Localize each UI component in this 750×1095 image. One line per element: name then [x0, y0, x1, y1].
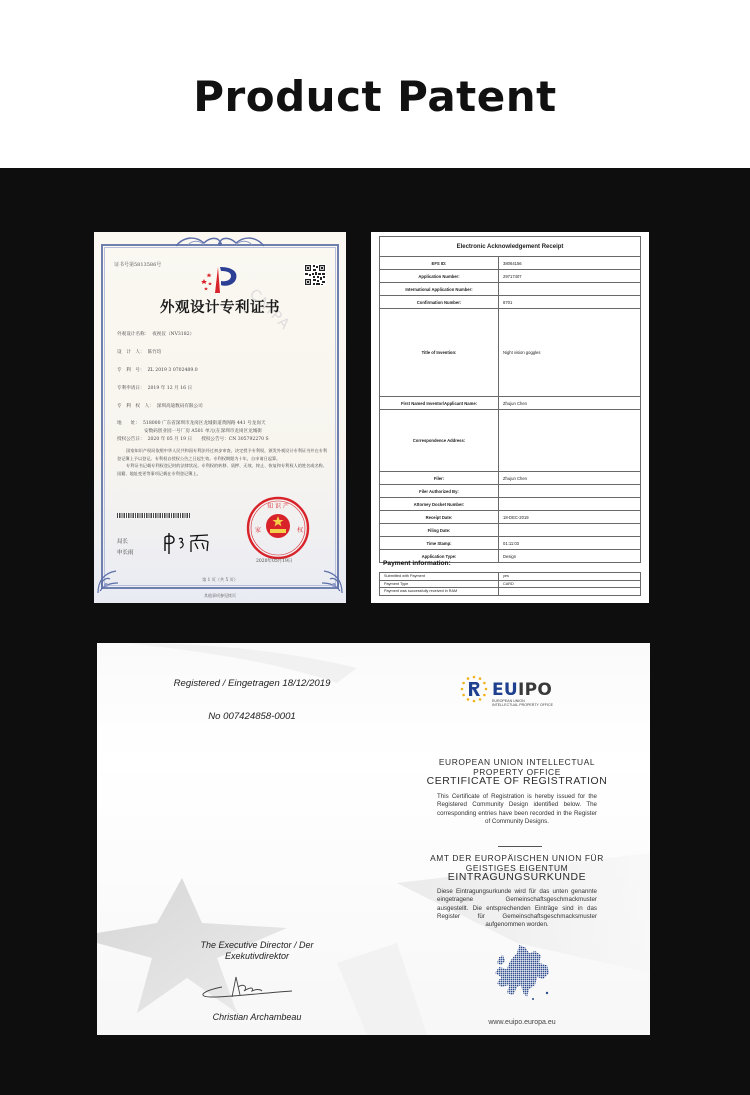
europe-map-icon — [477, 943, 567, 1003]
euipo-certificate: Registered / Eingetragen 18/12/2019 No 0… — [97, 643, 650, 1035]
table-row: Payment was successfully received in RAM — [380, 588, 641, 596]
svg-text:家: 家 — [255, 526, 261, 534]
signatory: 局长 申长雨 — [117, 537, 134, 559]
svg-text:权: 权 — [297, 526, 303, 534]
registration-number: No 007424858-0001 — [127, 711, 377, 722]
field-address-cont: 安数码创业园一号厂房 A501 单元(在深圳市龙岗区龙城街 — [141, 428, 262, 434]
table-row: First Named Inventor/Applicant Name:Zhuj… — [380, 397, 641, 410]
table-row: Filer:Zhujun Chen — [380, 472, 641, 485]
table-row: EFS ID:38064156 — [380, 257, 641, 270]
official-seal-icon: 知 识 产 家 权 — [246, 496, 310, 560]
office-heading-en: European Union Intellectual Property Off… — [387, 758, 647, 777]
table-row: Submitted with Paymentyes — [380, 573, 641, 581]
signature-icon — [162, 531, 212, 555]
field-patent-number: 专 利 号：ZL 2019 3 0702489.0 — [117, 367, 198, 373]
field-design-name: 外观设计名称：夜视仪（NV3182） — [117, 331, 194, 337]
payment-heading: Payment information: — [383, 560, 451, 567]
euipo-logo-text: EUIPO — [492, 680, 552, 700]
signature-icon — [192, 973, 302, 1003]
table-row: Receipt Date:18-DEC-2019 — [380, 511, 641, 524]
table-row: Application Number:29717407 — [380, 270, 641, 283]
field-address: 地 址：518000 广东省深圳市龙岗区龙城街道黄阁路 441 号龙岗天 — [117, 420, 266, 426]
divider — [498, 846, 542, 847]
seal-date: 2020年05月19日 — [256, 558, 292, 564]
receipt-table: Electronic Acknowledgement Receipt EFS I… — [379, 236, 641, 563]
page-header: Product Patent — [0, 0, 750, 168]
certificate-body-text: 国家知识产权局依照中华人民共和国专利法经过初步审查，决定授予专利权，颁发外观设计… — [117, 447, 327, 477]
table-row: Filer Authorized By: — [380, 485, 641, 498]
ornament-icon — [174, 234, 266, 248]
cnipa-logo-icon — [198, 263, 242, 295]
svg-text:知 识 产: 知 识 产 — [267, 502, 289, 510]
barcode-icon — [117, 513, 190, 518]
certificate-number: 证书号第5813586号 — [114, 261, 161, 268]
field-grant-date: 授权公告日：2020 年 05 月 19 日 授权公告号：CN 30579227… — [117, 436, 269, 442]
certificate-heading-en: Certificate of Registration — [387, 776, 647, 787]
table-row: Filing Date: — [380, 524, 641, 537]
page-title: Product Patent — [0, 72, 750, 121]
director-name: Christian Archambeau — [137, 1012, 377, 1022]
director-title: The Executive Director / Der Exekutivdir… — [137, 940, 377, 962]
cn-patent-certificate: CNIPA 证书号第5813586号 外观设计专利证书 外观设计名称：夜视仪（N… — [94, 232, 346, 603]
field-designer: 设 计 人：陈竹均 — [117, 349, 161, 355]
certificate-title: 外观设计专利证书 — [94, 296, 346, 317]
office-heading-de: Amt der Europäischen Union für Geistiges… — [387, 854, 647, 873]
table-row: Confirmation Number:8701 — [380, 296, 641, 309]
table-row: Correspondence Address: — [380, 410, 641, 472]
table-row: Attorney Docket Number: — [380, 498, 641, 511]
certificate-footer: 其他事项参见续页 — [94, 593, 346, 599]
qr-code-icon — [304, 264, 326, 286]
electronic-acknowledgement-receipt: Electronic Acknowledgement Receipt EFS I… — [371, 232, 649, 603]
table-row: International Application Number: — [380, 283, 641, 296]
table-row: Time Stamp:01:11:03 — [380, 537, 641, 550]
table-row: Payment TypeCARD — [380, 580, 641, 588]
certificate-text-en: This Certificate of Registration is here… — [437, 793, 597, 826]
registration-date: Registered / Eingetragen 18/12/2019 — [127, 678, 377, 689]
page-indicator: 第 1 页（共 5 页） — [94, 577, 346, 583]
field-application-date: 专利申请日：2019 年 12 月 16 日 — [117, 385, 192, 391]
certificate-text-de: Diese Eintragungsurkunde wird für das un… — [437, 888, 597, 929]
field-patentee: 专 利 权 人：深圳高迪数码有限公司 — [117, 403, 203, 409]
euipo-logo-subtitle: EUROPEAN UNION INTELLECTUAL PROPERTY OFF… — [492, 699, 553, 708]
certificate-heading-de: Eintragungsurkunde — [387, 872, 647, 883]
euipo-website-link[interactable]: www.euipo.europa.eu — [397, 1019, 647, 1026]
receipt-title: Electronic Acknowledgement Receipt — [380, 237, 641, 257]
payment-table: Submitted with Paymentyes Payment TypeCA… — [379, 572, 641, 596]
table-row: Title of Invention:Night vision goggles — [380, 309, 641, 397]
